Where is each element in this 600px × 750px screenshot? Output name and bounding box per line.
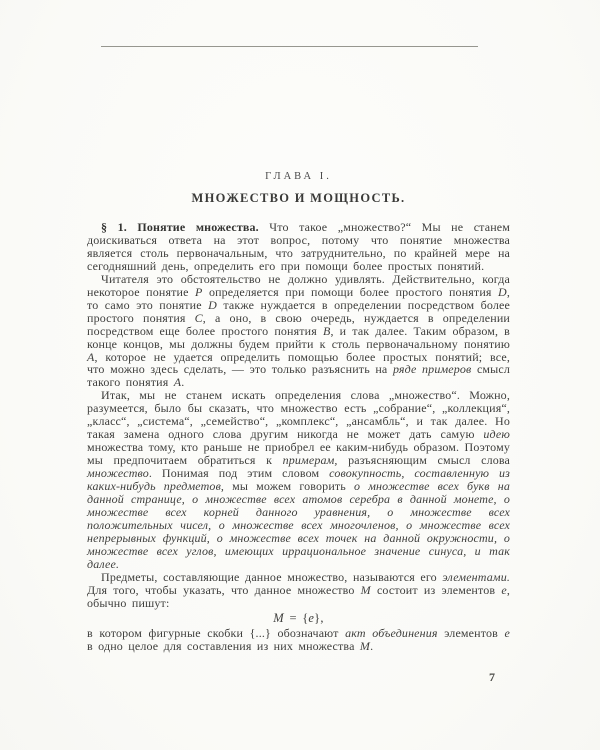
text-run: D xyxy=(208,298,217,312)
text-run: = { xyxy=(284,611,309,625)
page-number: 7 xyxy=(489,670,495,685)
text-run: Для того, чтобы указать, что данное множ… xyxy=(87,583,361,597)
text-run: D xyxy=(498,285,507,299)
text-run: определяется при помощи более простого п… xyxy=(203,285,499,299)
text-run: § 1. Понятие множества. xyxy=(101,220,259,234)
body-text: § 1. Понятие множества. Что такое „множе… xyxy=(87,221,510,652)
top-rule xyxy=(101,46,478,47)
text-run: о множестве всех букв на данной странице… xyxy=(87,479,510,571)
text-run: M xyxy=(360,639,370,653)
text-run: e xyxy=(505,626,510,640)
paragraph: Предметы, составляющие данное множество,… xyxy=(87,571,510,610)
text-run: состоит из элементов xyxy=(371,583,502,597)
paragraph: Читателя это обстоятельство не должно уд… xyxy=(87,273,510,390)
text-run: в одно целое для составления из них множ… xyxy=(87,639,360,653)
text-run: элементов xyxy=(438,626,505,640)
text-run: . xyxy=(370,639,373,653)
paragraph: Итак, мы не станем искать определения сл… xyxy=(87,389,510,570)
book-page: ГЛАВА I. МНОЖЕСТВО И МОЩНОСТЬ. § 1. Поня… xyxy=(0,0,600,750)
text-run: элементами. xyxy=(442,570,510,584)
text-run: C xyxy=(195,311,203,325)
text-run: множество xyxy=(87,466,149,480)
formula: M = {e}, xyxy=(87,612,510,625)
text-run: мы можем говорить xyxy=(224,479,354,493)
page-title: МНОЖЕСТВО И МОЩНОСТЬ. xyxy=(87,191,510,206)
text-run: примерам, xyxy=(283,453,338,467)
paragraph: в котором фигурные скобки {...} обознача… xyxy=(87,627,510,653)
text-run: . Понимая под этим словом xyxy=(149,466,329,480)
text-run: разъясняющим смысл слова xyxy=(338,453,510,467)
text-run: . xyxy=(181,375,184,389)
chapter-heading: ГЛАВА I. xyxy=(87,171,510,182)
text-run: акт объединения xyxy=(345,626,438,640)
text-run: Предметы, составляющие данное множество,… xyxy=(101,570,442,584)
text-run: M xyxy=(361,583,371,597)
text-run: P xyxy=(195,285,202,299)
text-run: идею xyxy=(483,427,510,441)
text-run: ряде примеров xyxy=(393,362,471,376)
text-run: }, xyxy=(314,611,324,625)
paragraph: § 1. Понятие множества. Что такое „множе… xyxy=(87,221,510,273)
text-run: Итак, мы не станем искать определения сл… xyxy=(87,388,510,441)
text-run: в котором фигурные скобки {...} обознача… xyxy=(87,626,345,640)
text-run: M xyxy=(273,611,284,625)
